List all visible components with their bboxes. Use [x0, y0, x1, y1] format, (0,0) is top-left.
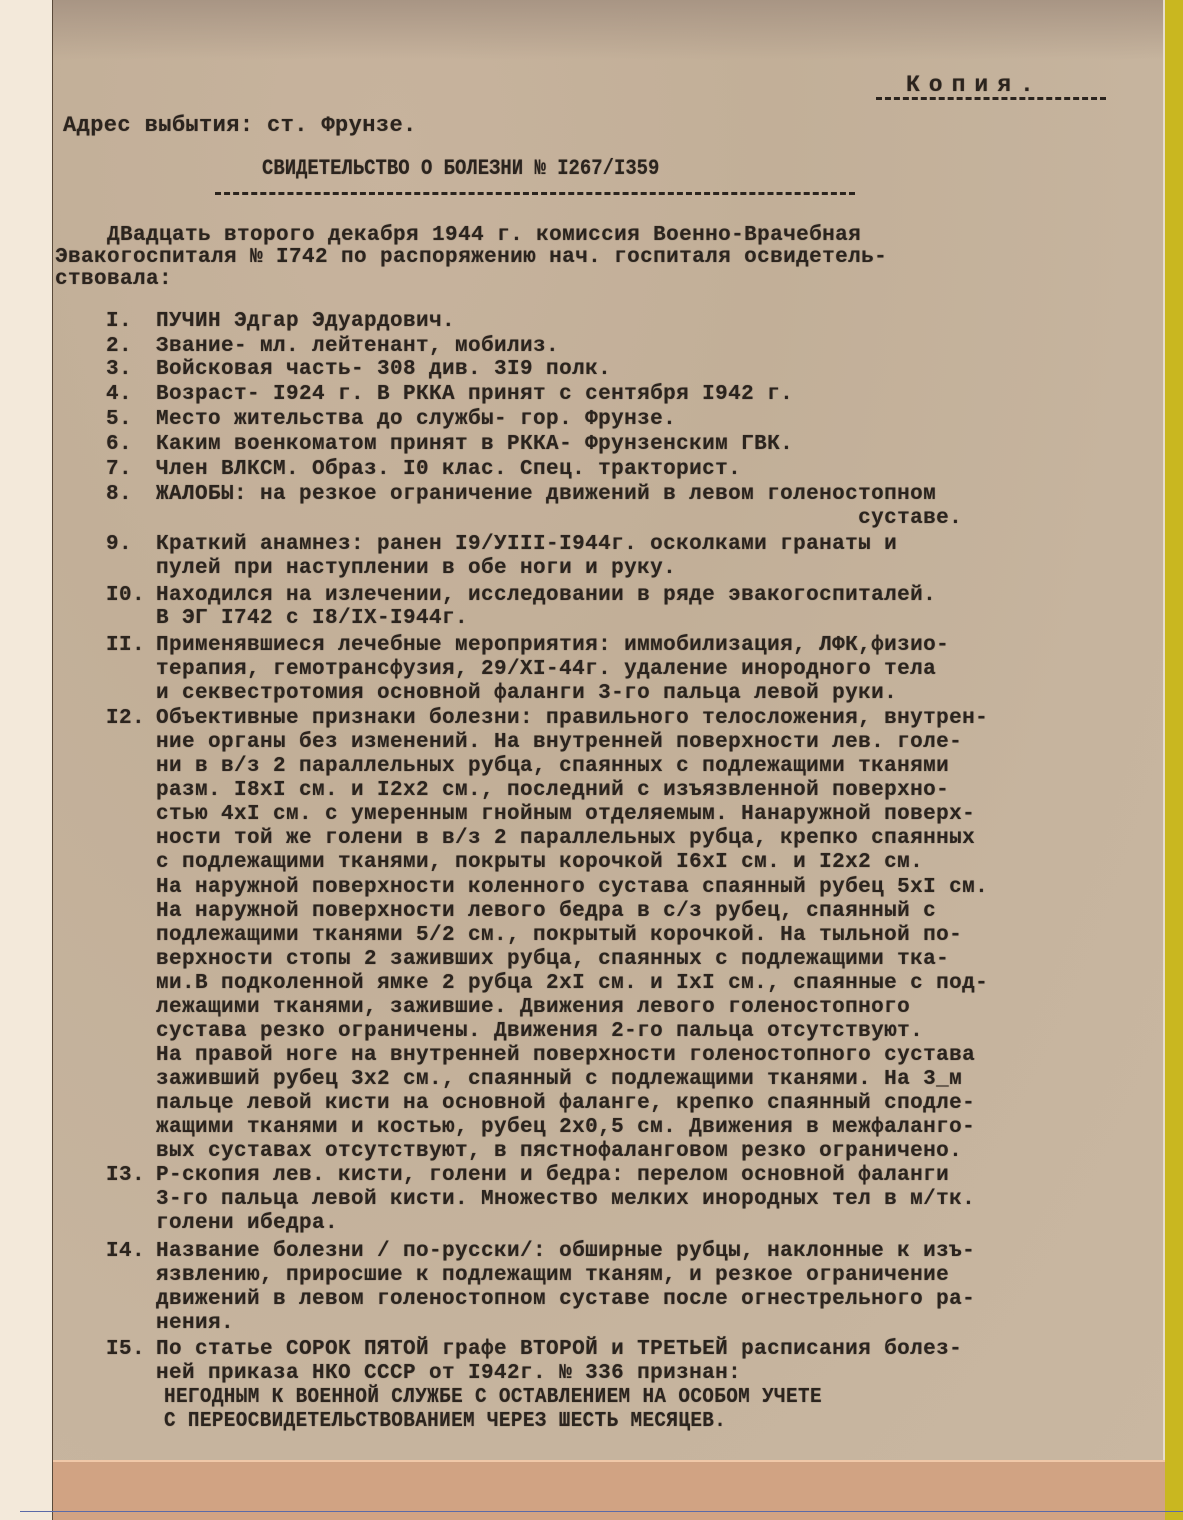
copy-mark: Копия.: [906, 72, 1043, 98]
item-number: I4.: [106, 1240, 145, 1263]
item-14-text: Название болезни / по-русски/: обширные …: [156, 1240, 975, 1263]
item-14-text: нения.: [156, 1312, 234, 1335]
item-11-text: и секвестротомия основной фаланги 3-го п…: [156, 682, 897, 705]
item-3-text: Войсковая часть- 308 див. 3I9 полк.: [156, 358, 611, 381]
item-number: I3.: [106, 1164, 145, 1187]
item-number: 8.: [106, 483, 132, 506]
item-number: I5.: [106, 1338, 145, 1361]
item-15-text: ней приказа НКО СССР от I942г. № 336 при…: [156, 1362, 741, 1385]
item-13-text: голени ибедра.: [156, 1212, 338, 1235]
item-8-text: суставе.: [156, 507, 962, 530]
page-left-margin: [0, 0, 54, 1520]
item-number: 2.: [106, 335, 132, 358]
item-12-text: верхности стопы 2 заживших рубца, спаянн…: [156, 948, 949, 971]
item-12-text: жащими тканями и костью, рубец 2x0,5 см.…: [156, 1116, 975, 1139]
address-line: Адрес выбытия: ст. Фрунзе.: [63, 113, 417, 138]
item-number: 7.: [106, 458, 132, 481]
item-number: I0.: [106, 584, 145, 607]
item-9-text: Краткий анамнез: ранен I9/УIII-I944г. ос…: [156, 533, 897, 556]
intro-line-1: ДВадцать второго декабря 1944 г. комисси…: [55, 224, 861, 247]
item-number: 6.: [106, 433, 132, 456]
item-number: 5.: [106, 408, 132, 431]
item-12-text: ние органы без изменений. На внутренней …: [156, 731, 962, 754]
intro-line-3: ствовала:: [55, 268, 172, 291]
title-underline: [215, 192, 855, 195]
copy-underline: [876, 97, 1106, 100]
item-12-text: На правой ноге на внутренней поверхности…: [156, 1044, 975, 1067]
intro-line-2: Эвакогоспиталя № I742 по распоряжению на…: [55, 246, 887, 269]
item-12-text: На наружной поверхности коленного сустав…: [156, 876, 988, 899]
item-12-text: подлежащими тканями 5/2 см., покрытый ко…: [156, 924, 962, 947]
item-number: I.: [106, 310, 132, 333]
item-5-text: Место жительства до службы- гор. Фрунзе.: [156, 408, 676, 431]
item-12-text: разм. I8xI см. и I2x2 см., последний с и…: [156, 779, 949, 802]
scan-edge-band: [1163, 0, 1183, 1520]
item-12-text: ности той же голени в в/з 2 параллельных…: [156, 827, 975, 850]
item-7-text: Член ВЛКСМ. Образ. I0 клас. Спец. тракто…: [156, 458, 741, 481]
item-12-text: с подлежащими тканями, покрыты корочкой …: [156, 851, 923, 874]
item-6-text: Каким военкоматом принят в РККА- Фрунзен…: [156, 433, 793, 456]
item-11-text: Применявшиеся лечебные мероприятия: иммо…: [156, 634, 949, 657]
item-11-text: терапия, гемотрансфузия, 29/XI-44г. удал…: [156, 658, 936, 681]
item-12-text: лежащими тканями, зажившие. Движения лев…: [156, 996, 910, 1019]
item-12-text: сустава резко ограничены. Движения 2-го …: [156, 1020, 923, 1043]
item-8-text: ЖАЛОБЫ: на резкое ограничение движений в…: [156, 483, 936, 506]
item-12-text: ни в в/з 2 параллельных рубца, спаянных …: [156, 755, 949, 778]
item-number: 4.: [106, 383, 132, 406]
item-12-text: На наружной поверхности левого бедра в с…: [156, 900, 936, 923]
item-14-text: движений в левом голеностопном суставе п…: [156, 1288, 975, 1311]
document-title: СВИДЕТЕЛЬСТВО О БОЛЕЗНИ № I267/I359: [262, 156, 659, 181]
item-9-text: пулей при наступлении в обе ноги и руку.: [156, 557, 676, 580]
item-number: I2.: [106, 707, 145, 730]
item-number: II.: [106, 634, 145, 657]
item-13-text: 3-го пальца левой кисти. Множество мелки…: [156, 1188, 975, 1211]
item-2-text: Звание- мл. лейтенант, мобилиз.: [156, 335, 559, 358]
item-number: 3.: [106, 358, 132, 381]
item-12-text: пальце левой кисти на основной фаланге, …: [156, 1092, 975, 1115]
verdict-line-2: С ПЕРЕОСВИДЕТЕЛЬСТВОВАНИЕМ ЧЕРЕЗ ШЕСТЬ М…: [164, 1410, 726, 1433]
paper-stain: [53, 0, 1165, 60]
item-1-text: ПУЧИН Эдгар Эдуардович.: [156, 310, 455, 333]
item-12-text: стью 4xI см. с умеренным гнойным отделяе…: [156, 803, 975, 826]
item-12-text: Объективные признаки болезни: правильног…: [156, 707, 988, 730]
item-number: 9.: [106, 533, 132, 556]
item-12-text: вых суставах отсутствуют, в пястнофаланг…: [156, 1140, 962, 1163]
item-10-text: В ЭГ I742 с I8/IX-I944г.: [156, 607, 468, 630]
item-14-text: язвлению, приросшие к подлежащим тканям,…: [156, 1264, 949, 1287]
item-12-text: заживший рубец 3x2 см., спаянный с подле…: [156, 1068, 962, 1091]
item-15-text: По статье СОРОК ПЯТОЙ графе ВТОРОЙ и ТРЕ…: [156, 1338, 962, 1361]
verdict-line-1: НЕГОДНЫМ К ВОЕННОЙ СЛУЖБЕ С ОСТАВЛЕНИЕМ …: [164, 1386, 822, 1409]
scan-line: [20, 1511, 1183, 1512]
item-4-text: Возраст- I924 г. В РККА принят с сентябр…: [156, 383, 793, 406]
item-13-text: Р-скопия лев. кисти, голени и бедра: пер…: [156, 1164, 949, 1187]
item-10-text: Находился на излечении, исследовании в р…: [156, 584, 936, 607]
item-12-text: ми.В подколенной ямке 2 рубца 2xI см. и …: [156, 972, 988, 995]
